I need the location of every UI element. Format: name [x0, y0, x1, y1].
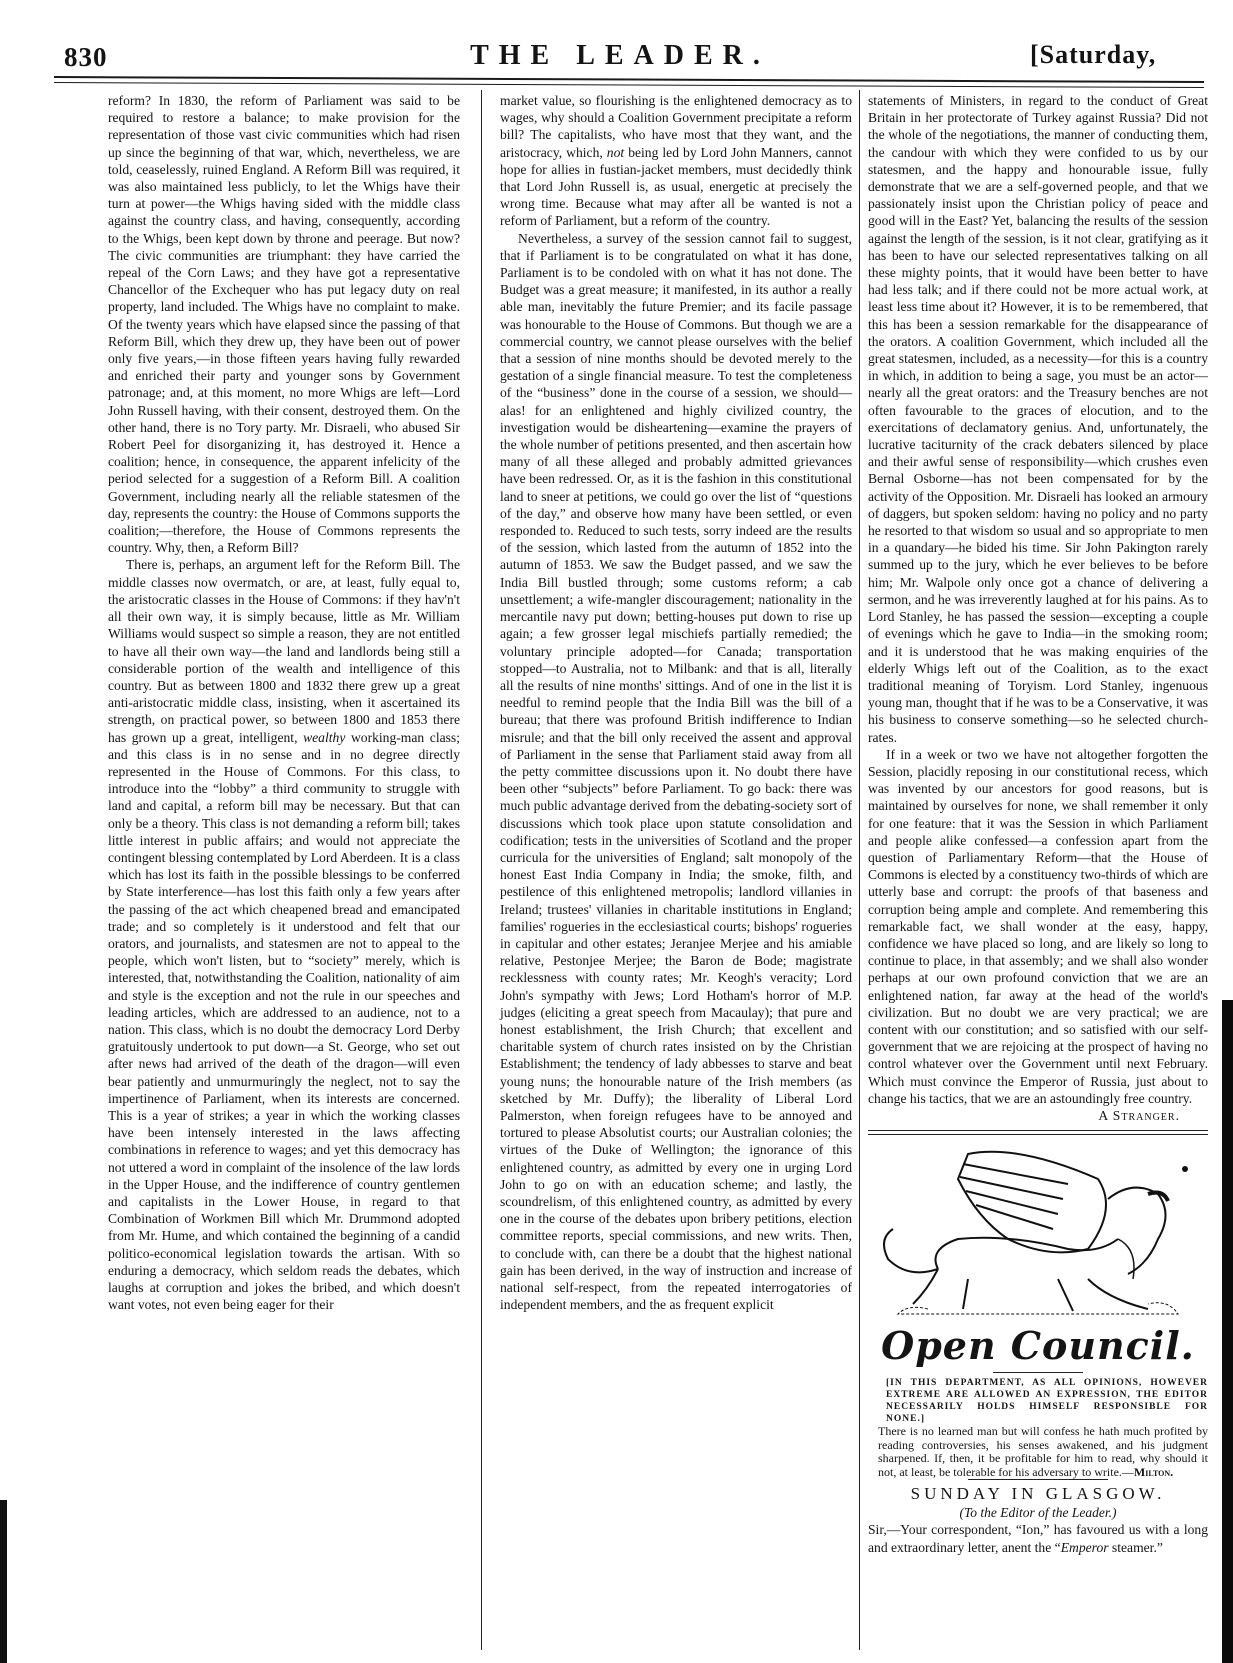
article-column-3: statements of Ministers, in regard to th…	[868, 92, 1208, 1556]
paragraph-text: There is, perhaps, an argument left for …	[108, 557, 460, 744]
article-paragraph: Nevertheless, a survey of the session ca…	[500, 230, 852, 1314]
open-council-heading: Open Council.	[868, 1324, 1208, 1368]
paragraph-text: working-man class; and this class is in …	[108, 730, 460, 1313]
article-column-2: market value, so flourishing is the enli…	[500, 92, 852, 1313]
letter-body: Sir,—Your correspondent, “Ion,” has favo…	[868, 1521, 1208, 1555]
department-note: [In this department, as all opinions, ho…	[868, 1377, 1208, 1425]
article-paragraph: reform? In 1830, the reform of Parliamen…	[108, 92, 460, 556]
epigraph-rule	[968, 1479, 1108, 1480]
heading-underline	[993, 1372, 1083, 1373]
page-header: 830 THE LEADER. [Saturday,	[0, 0, 1233, 80]
article-paragraph: There is, perhaps, an argument left for …	[108, 556, 460, 1313]
article-column-1: reform? In 1830, the reform of Parliamen…	[108, 92, 460, 1313]
issue-day: [Saturday,	[1030, 40, 1156, 70]
italic-emphasis: not	[607, 145, 624, 160]
article-paragraph: statements of Ministers, in regard to th…	[868, 92, 1208, 746]
article-paragraph: market value, so flourishing is the enli…	[500, 92, 852, 230]
header-double-rule	[54, 76, 1204, 88]
column-divider	[481, 90, 482, 1650]
epigraph-quote: There is no learned man but will confess…	[868, 1425, 1208, 1479]
masthead-title: THE LEADER.	[460, 40, 780, 72]
page-number: 830	[64, 42, 108, 73]
epigraph-author: Milton.	[1134, 1465, 1173, 1479]
winged-lion-icon	[868, 1139, 1208, 1324]
section-divider	[868, 1130, 1208, 1135]
column-divider	[859, 90, 860, 1650]
italic-emphasis: Emperor	[1061, 1540, 1109, 1555]
article-signature: A Stranger.	[868, 1107, 1208, 1124]
article-paragraph: If in a week or two we have not altogeth…	[868, 746, 1208, 1107]
letter-subtitle: (To the Editor of the Leader.)	[868, 1504, 1208, 1521]
italic-emphasis: wealthy	[303, 730, 345, 745]
letter-title: SUNDAY IN GLASGOW.	[868, 1484, 1208, 1504]
scan-edge-shadow	[1222, 1000, 1233, 1663]
scan-edge-shadow	[0, 1500, 7, 1663]
letter-text: steamer.”	[1109, 1540, 1163, 1555]
